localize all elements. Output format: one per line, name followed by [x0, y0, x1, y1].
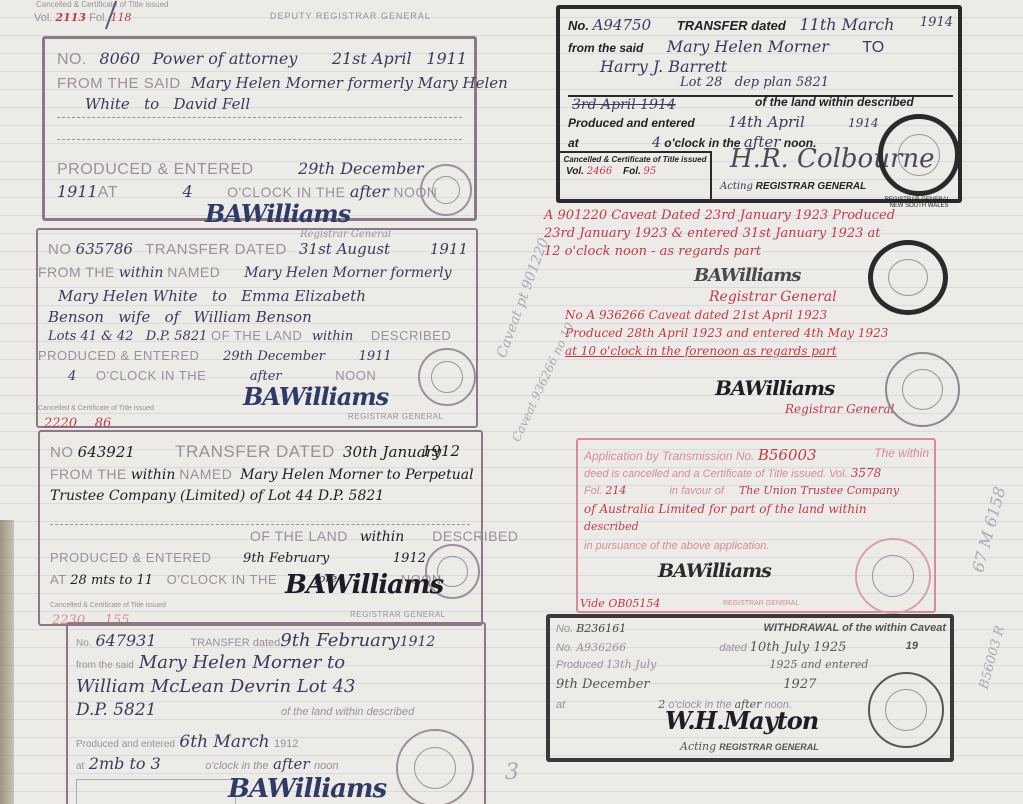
from-party: Mary Helen Morner — [667, 37, 829, 56]
fol-value: 214 — [605, 484, 626, 497]
produced-date: 9th February — [243, 551, 329, 566]
produced-label: PRODUCED & ENTERED — [57, 161, 254, 178]
lot-details: Lot 28 dep plan 5821 — [680, 75, 829, 90]
registrar-general-seal-black — [868, 240, 948, 315]
withdrawal-number: B236161 — [576, 622, 626, 635]
registrar-label: Registrar General — [709, 289, 837, 305]
registrar-seal — [396, 729, 474, 804]
produced-hour: 4 — [182, 182, 192, 201]
registrar-signature: BAWilliams — [715, 376, 834, 400]
cancelled-box: Cancelled & Certificate of Title issued … — [560, 151, 712, 201]
lot-details: Lots 41 & 42 D.P. 5821 — [48, 329, 207, 344]
to-party: White to David Fell — [85, 95, 250, 113]
favour-party-cont: of Australia Limited for part of the lan… — [584, 502, 867, 516]
vol-value: 2220 — [44, 416, 77, 431]
caveat-number: A936266 — [576, 641, 626, 654]
instrument-year: 1911 — [426, 49, 467, 68]
instrument-number: A94750 — [593, 16, 652, 34]
poa-line-from: FROM THE SAID Mary Helen Morner formerly… — [57, 74, 508, 92]
registrar-general-nsw-seal — [878, 114, 960, 196]
margin-note-b56003: B56003 R — [977, 624, 1008, 691]
to-party: Trustee Company (Limited) of Lot 44 D.P.… — [50, 488, 384, 504]
transfer-stamp-A94750: No. A94750 TRANSFER dated 11th March 191… — [556, 5, 962, 203]
registrar-seal-pink — [855, 538, 931, 614]
vol-value: 3578 — [851, 466, 882, 480]
binding-shadow — [0, 520, 14, 804]
to-party-cont: Benson wife of William Benson — [48, 308, 312, 326]
application-transmission-stamp: Application by Transmission No. B56003 T… — [576, 438, 936, 613]
produced-year: 1912 — [274, 738, 298, 750]
produced-period: after — [350, 182, 389, 201]
withdrawal-of-caveat-stamp: No. B236161 WITHDRAWAL of the within Cav… — [546, 614, 954, 762]
from-party: Mary Helen Morner to — [139, 652, 345, 673]
instrument-date: 11th March — [799, 15, 894, 34]
caveat-line-1: A 901220 Caveat Dated 23rd January 1923 … — [544, 207, 1004, 225]
deputy-registrar-label: DEPUTY REGISTRAR GENERAL — [270, 11, 431, 21]
favour-party: The Union Trustee Company — [739, 484, 899, 497]
power-of-attorney-stamp: No. 8060 Power of attorney 21st April 19… — [42, 36, 477, 221]
instrument-number: 643921 — [78, 443, 135, 461]
caveat-line-2: Produced 28th April 1923 and entered 4th… — [565, 324, 985, 342]
cancelled-box — [76, 779, 236, 804]
transfer-stamp-643921: No 643921 TRANSFER DATED 30th January 19… — [38, 430, 483, 626]
vol-value: 2466 — [587, 166, 612, 177]
instrument-year: 1912 — [422, 442, 460, 460]
vol-label: Vol. — [34, 12, 52, 24]
caveat-line-1: No A 936266 Caveat dated 21st April 1923 — [565, 306, 985, 324]
instrument-year: 1912 — [400, 634, 436, 650]
from-party: Mary Helen Morner formerly — [244, 265, 451, 281]
dp-number: D.P. 5821 — [76, 700, 157, 720]
instrument-number: 635786 — [76, 240, 133, 258]
registrar-signature: BAWilliams — [658, 560, 771, 582]
instrument-number: 8060 — [99, 49, 140, 68]
fol-value: 118 — [111, 11, 132, 24]
cancelled-label: Cancelled & Certificate of Title issued — [36, 0, 169, 9]
registrar-signature: BAWilliams — [228, 774, 386, 804]
fol-value: 95 — [644, 166, 657, 177]
instrument-date: 21st April — [332, 49, 412, 68]
instrument-year: 1911 — [430, 240, 468, 258]
from-party: Mary Helen Morner formerly Mary Helen — [191, 74, 508, 92]
entered-year: 1927 — [783, 677, 816, 692]
favour-party-cont2: described — [584, 520, 639, 533]
poa-produced-line: PRODUCED & ENTERED 29th December — [57, 159, 423, 179]
instrument-date: 9th February — [280, 630, 399, 651]
produced-hour: 2mb to 3 — [89, 754, 161, 773]
vol-value: 2113 — [55, 11, 86, 24]
from-party: Mary Helen Morner to Perpetual — [240, 467, 473, 483]
registrar-seal — [420, 164, 472, 216]
to-party: Mary Helen White to Emma Elizabeth — [58, 287, 366, 305]
registrar-signature: BAWilliams — [694, 265, 800, 286]
from-label: FROM THE SAID — [57, 75, 181, 92]
registrar-label: Registrar General — [785, 402, 894, 416]
produced-year: 1911 — [359, 349, 392, 364]
fol-label: Fol. — [89, 12, 107, 24]
transfer-stamp-635786: No 635786 TRANSFER DATED 31st August 191… — [36, 228, 478, 428]
application-number: B56003 — [758, 446, 817, 464]
withdrawal-date: 10th July 1925 — [750, 640, 847, 655]
registrar-signature: BAWilliams — [205, 199, 350, 228]
registrar-seal — [418, 348, 476, 406]
instrument-type: Power of attorney — [153, 49, 298, 68]
transfer-stamp-647931: No. 647931 TRANSFER dated9th February191… — [66, 622, 486, 804]
struck-date: 3rd April 1914 — [572, 97, 676, 113]
produced-date: 14th April — [728, 113, 805, 131]
produced-hour: 28 mts to 11 — [70, 573, 153, 588]
produced-year: 1914 — [848, 116, 879, 130]
registrar-general-seal — [885, 352, 960, 427]
vide-reference: Vide OB05154 — [580, 597, 660, 610]
instrument-year: 1914 — [920, 15, 953, 30]
registrar-signature: BAWilliams — [243, 382, 388, 411]
registrar-signature: W.H.Mayton — [665, 706, 818, 735]
produced-date: 13th July — [606, 658, 656, 671]
caveat-line-2: 23rd January 1923 & entered 31st January… — [544, 225, 1004, 243]
produced-date: 29th December — [298, 159, 423, 178]
registrar-signature: BAWilliams — [285, 570, 443, 600]
poa-line-no: No. 8060 Power of attorney 21st April 19… — [57, 49, 467, 69]
produced-date: 29th December — [223, 349, 325, 364]
registrar-seal — [868, 672, 944, 748]
produced-year: 1912 — [393, 551, 426, 566]
to-party: Harry J. Barrett — [600, 57, 727, 76]
entered-date: 9th December — [556, 677, 650, 692]
produced-year: 1911 — [57, 182, 98, 201]
margin-note-67m6158: 67 M 6158 — [968, 485, 1009, 575]
to-party: William McLean Devrin Lot 43 — [76, 676, 355, 697]
fol-value: 86 — [95, 416, 112, 431]
instrument-date: 31st August — [299, 240, 390, 258]
top-partial-stamp: Cancelled & Certificate of Title issued … — [30, 0, 470, 30]
margin-note-left: 3 — [505, 760, 519, 785]
instrument-number: 647931 — [95, 631, 156, 650]
no-label: No. — [57, 51, 87, 68]
produced-date: 6th March — [179, 732, 269, 752]
